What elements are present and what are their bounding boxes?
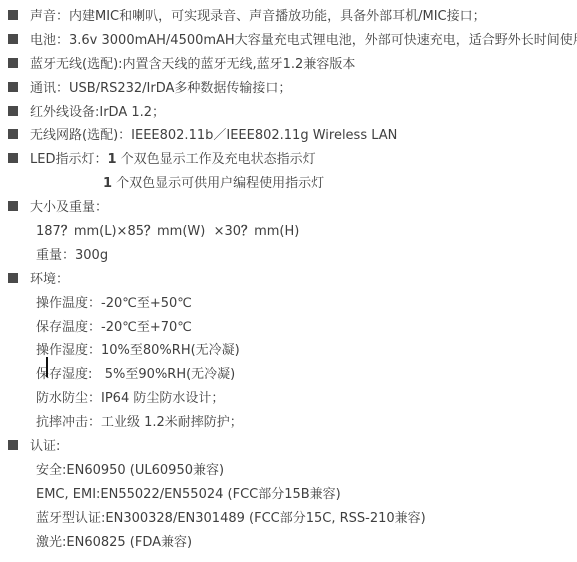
square-bullet-icon — [8, 82, 18, 92]
spec-text-segment: 保存湿度: 5%至90%RH(无冷凝) — [36, 367, 235, 382]
spec-text-segment: ？ — [144, 224, 157, 239]
spec-text-segment: 防水防尘：IP64 防尘防水设计； — [36, 391, 224, 406]
spec-sub-line: 激光:EN60825 (FDA兼容) — [0, 531, 577, 555]
square-bullet-icon — [8, 201, 18, 211]
spec-bullet-line: 声音：内建MIC和喇叭，可实现录音、声音播放功能，具备外部耳机/MIC接口； — [0, 5, 577, 29]
spec-text-segment: 1 — [103, 176, 112, 191]
spec-text-segment: LED指示灯： — [30, 152, 107, 167]
spec-sub-line: 蓝牙型认证:EN300328/EN301489 (FCC部分15C, RSS-2… — [0, 507, 577, 531]
spec-sub-line: EMC, EMI:EN55022/EN55024 (FCC部分15B兼容) — [0, 483, 577, 507]
spec-text-segment: 声音：内建MIC和喇叭，可实现录音、声音播放功能，具备外部耳机/MIC接口； — [30, 9, 486, 24]
spec-sub-line: 操作温度：-20℃至+50℃ — [0, 292, 577, 316]
spec-bullet-line: 无线网路(选配)：IEEE802.11b／IEEE802.11g Wireles… — [0, 124, 577, 148]
spec-text-segment: 187 — [36, 224, 61, 239]
spec-bullet-line: 通讯：USB/RS232/IrDA多种数据传输接口； — [0, 77, 577, 101]
spec-text-segment: 认证: — [30, 439, 60, 454]
spec-text-segment: 无线网路(选配)：IEEE802.11b／IEEE802.11g Wireles… — [30, 128, 397, 143]
square-bullet-icon — [8, 34, 18, 44]
spec-sub-line: 重量：300g — [0, 244, 577, 268]
spec-sub-line: 抗摔冲击：工业级 1.2米耐摔防护； — [0, 411, 577, 435]
spec-bullet-line: 大小及重量： — [0, 196, 577, 220]
square-bullet-icon — [8, 106, 18, 116]
product-spec-sheet: 声音：内建MIC和喇叭，可实现录音、声音播放功能，具备外部耳机/MIC接口；电池… — [0, 0, 577, 562]
spec-text-segment: 蓝牙无线(选配):内置含天线的蓝牙无线,蓝牙1.2兼容版本 — [30, 57, 355, 72]
square-bullet-icon — [8, 153, 18, 163]
spec-sub-line: 防水防尘：IP64 防尘防水设计； — [0, 387, 577, 411]
spec-text-segment: mm(L)×85 — [74, 224, 144, 239]
spec-bullet-line: 认证: — [0, 435, 577, 459]
spec-bullet-line: LED指示灯：1 个双色显示工作及充电状态指示灯 — [0, 148, 577, 172]
spec-text-segment: 抗摔冲击：工业级 1.2米耐摔防护； — [36, 415, 243, 430]
spec-text-segment: 操作温度：-20℃至+50℃ — [36, 296, 192, 311]
spec-text-segment: 安全:EN60950 (UL60950兼容) — [36, 463, 224, 478]
text-cursor — [46, 357, 48, 377]
spec-bullet-line: 环境： — [0, 268, 577, 292]
spec-bullet-line: 蓝牙无线(选配):内置含天线的蓝牙无线,蓝牙1.2兼容版本 — [0, 53, 577, 77]
spec-text-segment: ？ — [61, 224, 74, 239]
spec-sub-line: 安全:EN60950 (UL60950兼容) — [0, 459, 577, 483]
spec-sub-line: 操作湿度：10%至80%RH(无冷凝) — [0, 339, 577, 363]
spec-sub-line: 1 个双色显示可供用户编程使用指示灯 — [0, 172, 577, 196]
square-bullet-icon — [8, 129, 18, 139]
spec-text-segment: 蓝牙型认证:EN300328/EN301489 (FCC部分15C, RSS-2… — [36, 511, 426, 526]
spec-text-segment: 保存温度：-20℃至+70℃ — [36, 320, 192, 335]
spec-bullet-line: 电池：3.6v 3000mAH/4500mAH大容量充电式锂电池，外部可快速充电… — [0, 29, 577, 53]
spec-text-segment: ？ — [241, 224, 254, 239]
spec-text-segment: 红外线设备:IrDA 1.2； — [30, 105, 165, 120]
spec-sub-line: 保存湿度: 5%至90%RH(无冷凝) — [0, 363, 577, 387]
spec-text-segment: 重量：300g — [36, 248, 108, 263]
spec-text-segment: 通讯：USB/RS232/IrDA多种数据传输接口； — [30, 81, 291, 96]
spec-text-segment: 电池：3.6v 3000mAH/4500mAH大容量充电式锂电池，外部可快速充电… — [30, 33, 577, 48]
spec-text-segment: mm(H) — [254, 224, 299, 239]
square-bullet-icon — [8, 273, 18, 283]
spec-text-segment: 大小及重量： — [30, 200, 108, 215]
spec-text-segment: 环境： — [30, 272, 69, 287]
spec-text-segment: 激光:EN60825 (FDA兼容) — [36, 535, 192, 550]
spec-text-segment: 个双色显示可供用户编程使用指示灯 — [112, 176, 324, 191]
square-bullet-icon — [8, 440, 18, 450]
spec-sub-line: 保存温度：-20℃至+70℃ — [0, 316, 577, 340]
spec-text-segment: 1 — [107, 152, 116, 167]
spec-text-segment: EMC, EMI:EN55022/EN55024 (FCC部分15B兼容) — [36, 487, 341, 502]
square-bullet-icon — [8, 58, 18, 68]
square-bullet-icon — [8, 10, 18, 20]
spec-bullet-line: 红外线设备:IrDA 1.2； — [0, 101, 577, 125]
spec-list: 声音：内建MIC和喇叭，可实现录音、声音播放功能，具备外部耳机/MIC接口；电池… — [0, 5, 577, 554]
spec-text-segment: 操作湿度：10%至80%RH(无冷凝) — [36, 343, 240, 358]
spec-text-segment: 个双色显示工作及充电状态指示灯 — [117, 152, 316, 167]
spec-text-segment: mm(W) ×30 — [157, 224, 241, 239]
spec-sub-line: 187？mm(L)×85？mm(W) ×30？mm(H) — [0, 220, 577, 244]
